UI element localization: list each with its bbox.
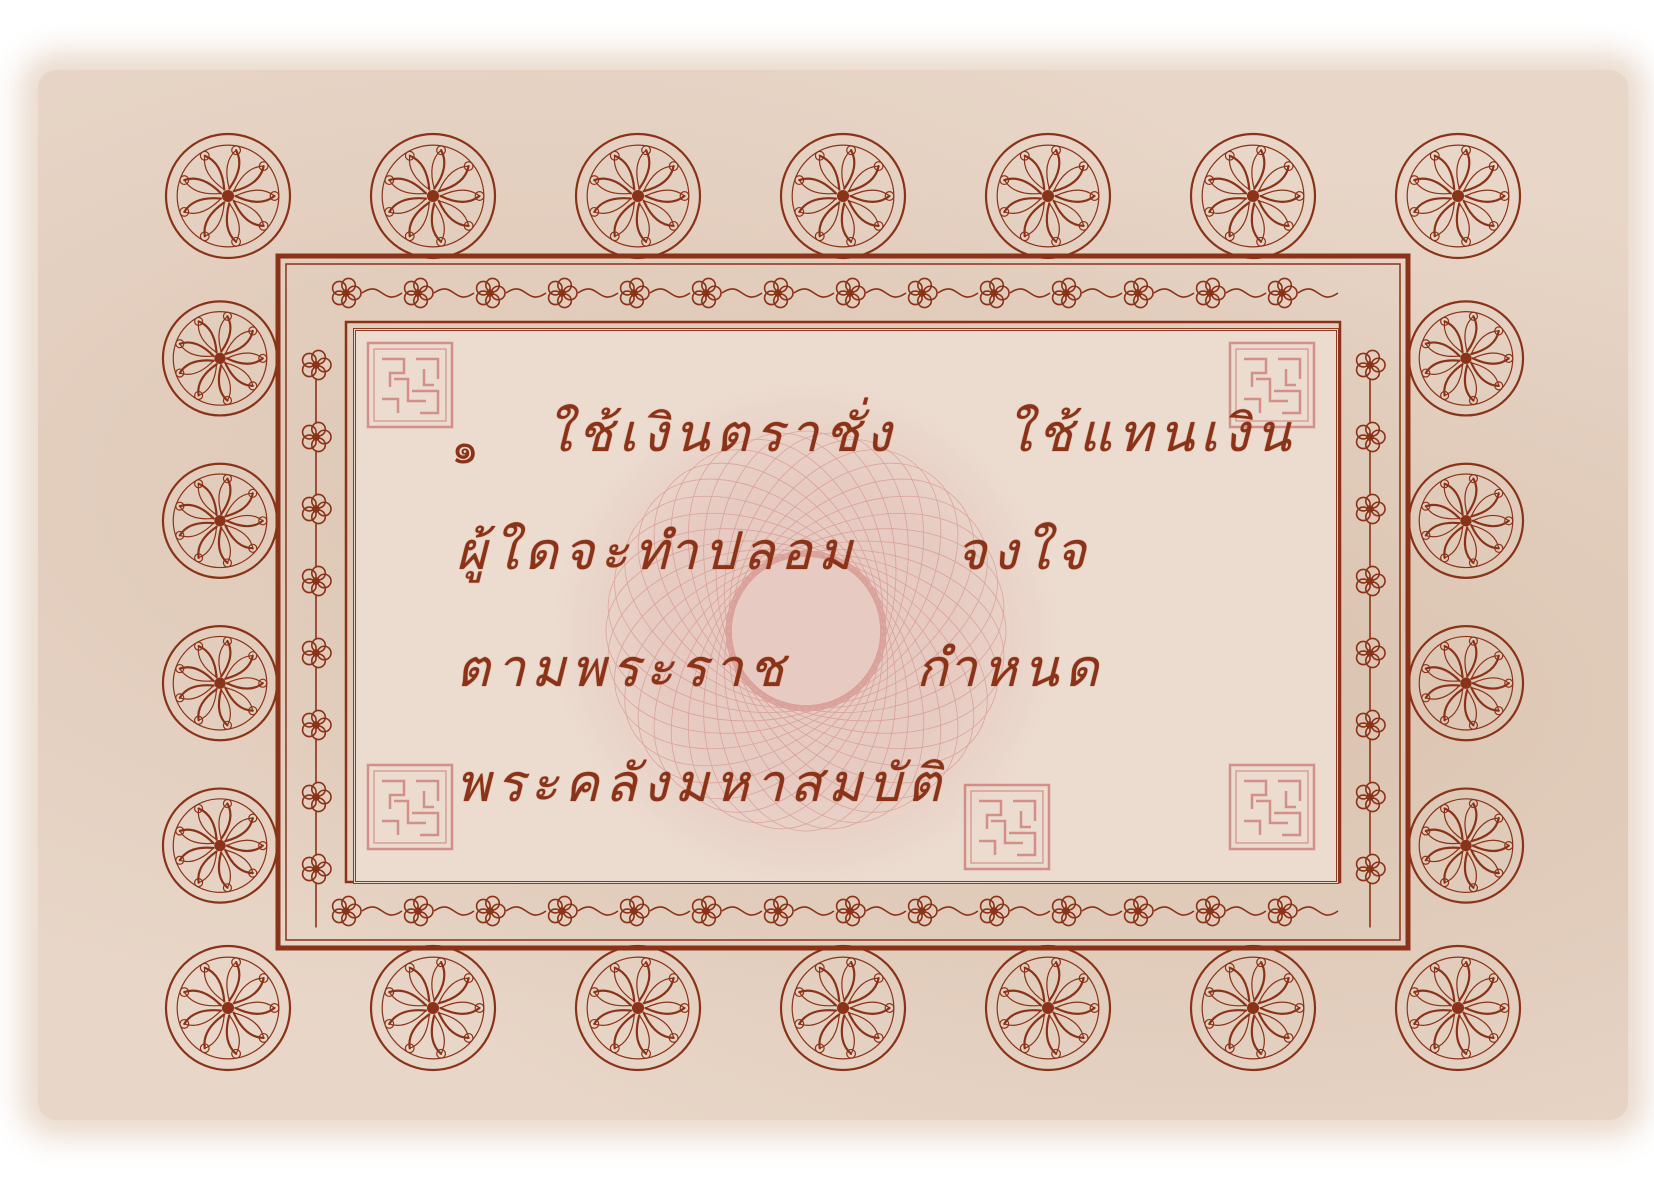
banknote: ๑ ใช้เงินตราชั่ง ใช้แทนเงิน ผู้ใดจะทำปลอ…: [158, 128, 1528, 1076]
script-line-2b: จงใจ: [956, 509, 1092, 592]
script-line-3b: กำหนด: [916, 626, 1104, 709]
text-field: ๑ ใช้เงินตราชั่ง ใช้แทนเงิน ผู้ใดจะทำปลอ…: [353, 328, 1339, 884]
seal-top-left: [364, 339, 456, 431]
seal-bottom-right: [1226, 761, 1318, 853]
script-line-1b: ใช้แทนเงิน: [1006, 391, 1297, 474]
seal-bottom-left: [364, 761, 456, 853]
script-line-1a: ใช้เงินตราชั่ง: [546, 391, 897, 474]
seal-bottom-middle: [961, 781, 1053, 873]
numeral-one: ๑: [451, 413, 479, 483]
script-line-4: พระคลังมหาสมบัติ: [456, 741, 947, 824]
script-line-3a: ตามพระราช: [456, 626, 790, 709]
script-line-2a: ผู้ใดจะทำปลอม: [456, 509, 858, 592]
